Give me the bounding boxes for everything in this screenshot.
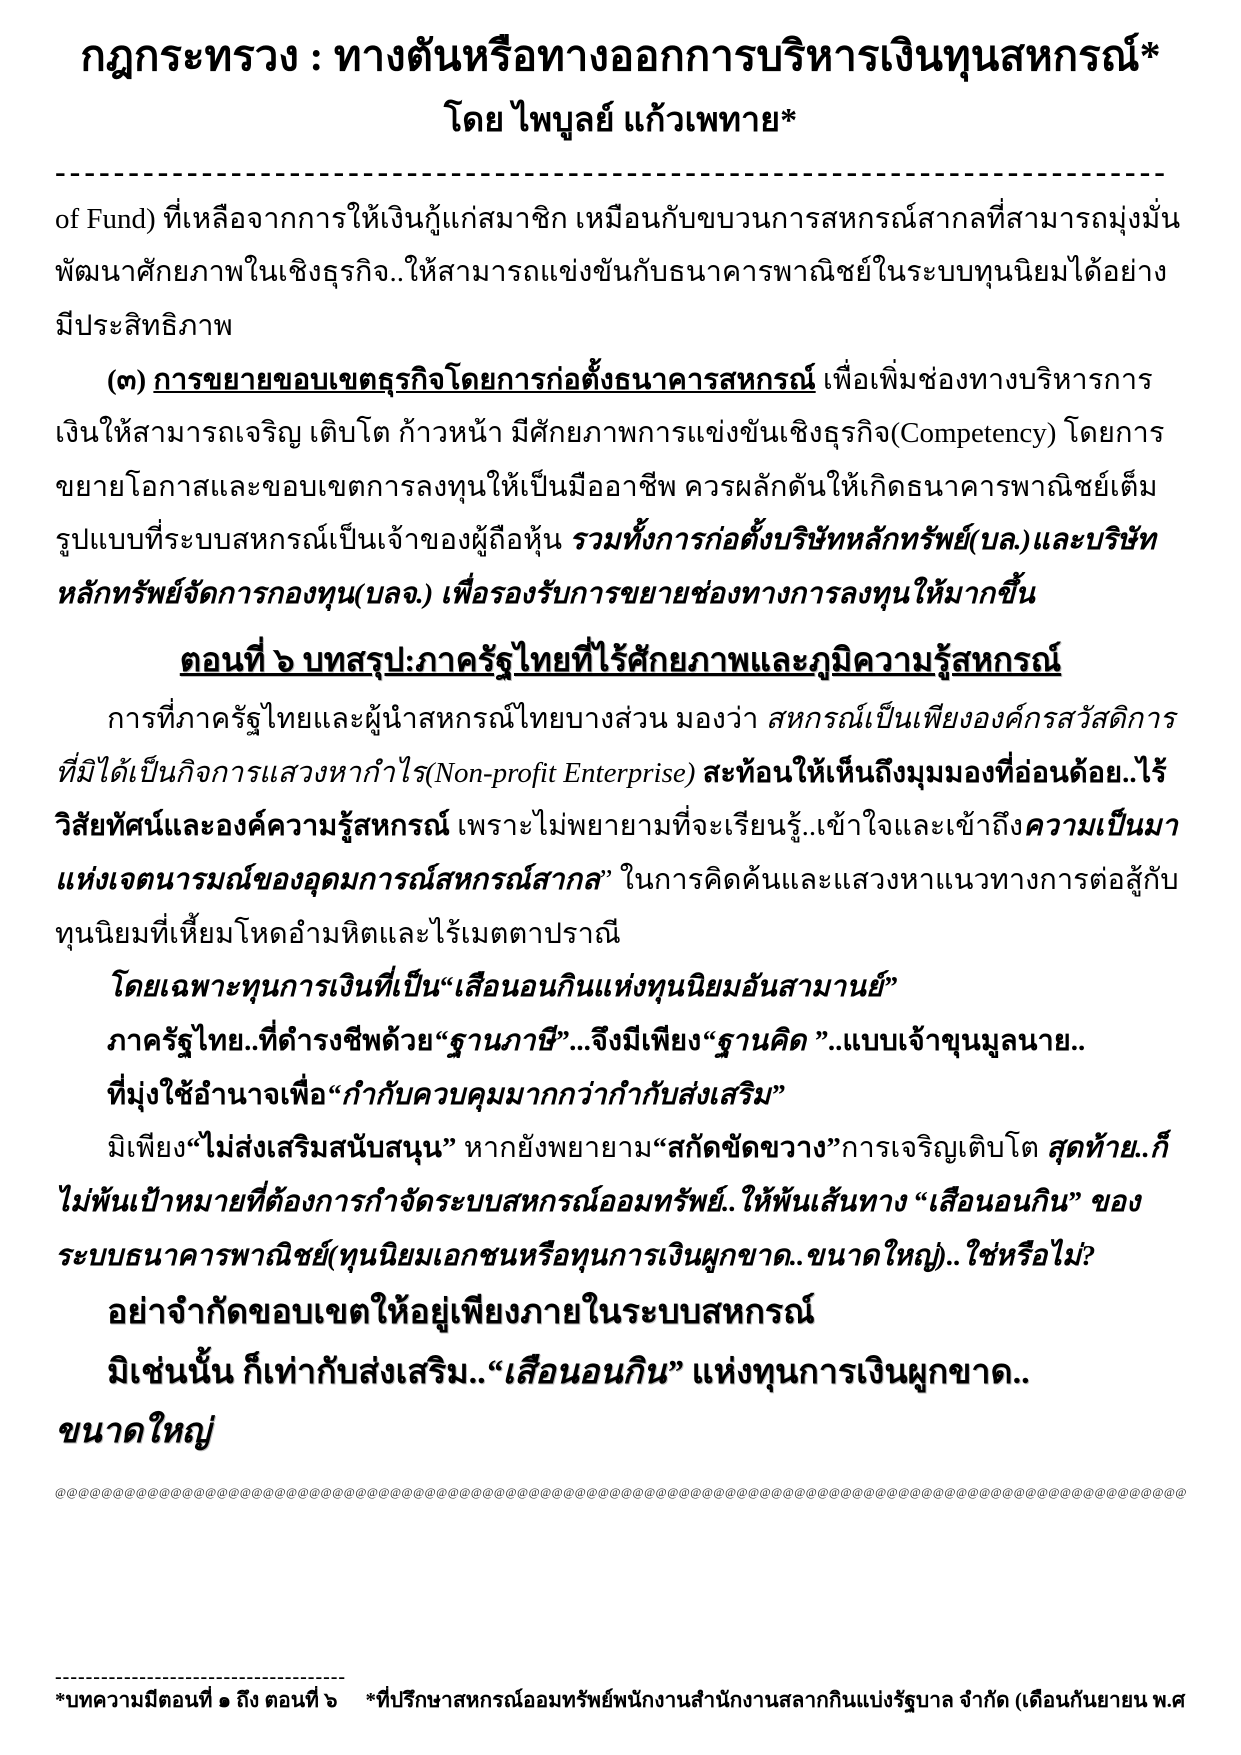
text-run: (๓) xyxy=(107,364,153,396)
text-run: อย่าจำกัดขอบเขตให้อยู่เพียงภายในระบบสหกร… xyxy=(107,1294,815,1331)
text-run: ...จึงมีเพียง xyxy=(569,1025,701,1057)
text-run: “เสือนอนกิน” xyxy=(486,1354,684,1391)
text-run: มิเช่นนั้น ก็เท่ากับส่งเสริม.. xyxy=(107,1354,486,1391)
document-title: กฎกระทรวง : ทางตันหรือทางออกการบริหารเงิ… xyxy=(55,26,1186,89)
whitespace xyxy=(55,1500,1186,1667)
footnote-rule: -------------------------------------- xyxy=(55,1668,1186,1686)
text-run: สุดท้าย.. xyxy=(1046,1132,1149,1164)
text-run: หากยังพยายาม xyxy=(456,1132,652,1164)
footnote-text: *บทความมีตอนที่ ๑ ถึง ตอนที่ ๖*ที่ปรึกษา… xyxy=(55,1686,1186,1715)
text-run: แห่งทุนการเงินผูกขาด.. xyxy=(683,1354,1029,1391)
text-run: “ฐานคิด ” xyxy=(701,1025,828,1057)
text-run: การขยายขอบเขตธุรกิจโดยการก่อตั้งธนาคารสห… xyxy=(153,364,815,396)
text-run: “ฐานภาษี” xyxy=(433,1025,569,1057)
paragraph-conclusion: การที่ภาครัฐไทยและผู้นำสหกรณ์ไทยบางส่วน … xyxy=(55,693,1186,961)
text-run: การเจริญเติบโต xyxy=(841,1132,1046,1164)
text-run: มิเพียง xyxy=(107,1132,186,1164)
text-run: เพราะไม่พยายามที่จะเรียนรู้..เข้าใจและเข… xyxy=(450,810,1023,842)
paragraph-continuation: of Fund) ที่เหลือจากการให้เงินกู้แก่สมาช… xyxy=(55,193,1186,354)
statement-line-2-continued: ขนาดใหญ่ xyxy=(55,1402,1186,1462)
statement-line-1: อย่าจำกัดขอบเขตให้อยู่เพียงภายในระบบสหกร… xyxy=(55,1283,1186,1343)
document-byline: โดย ไพบูลย์ แก้วเพทาย* xyxy=(55,97,1186,145)
footnote-author-note: *ที่ปรึกษาสหกรณ์ออมทรัพย์พนักงานสำนักงาน… xyxy=(366,1688,1186,1712)
statement-line-2: มิเช่นนั้น ก็เท่ากับส่งเสริม..“เสือนอนกิ… xyxy=(55,1343,1186,1403)
text-run: “สกัดขัดขวาง” xyxy=(653,1132,841,1164)
paragraph-emphasis-tiger: โดยเฉพาะทุนการเงินที่เป็น“เสือนอนกินแห่ง… xyxy=(55,961,1186,1015)
text-run: of Fund) ที่เหลือจากการให้เงินกู้แก่สมาช… xyxy=(55,203,1180,342)
footnote-area: -------------------------------------- *… xyxy=(55,1668,1186,1715)
text-run: ตอนที่ ๖ บทสรุป:ภาครัฐไทยที่ไร้ศักยภาพแล… xyxy=(180,643,1061,679)
footnote-series-note: *บทความมีตอนที่ ๑ ถึง ตอนที่ ๖ xyxy=(55,1688,338,1712)
document-body: of Fund) ที่เหลือจากการให้เงินกู้แก่สมาช… xyxy=(55,193,1186,1462)
text-run: ที่มุ่งใช้อำนาจเพื่อ xyxy=(107,1079,326,1111)
paragraph-emphasis-taxbase: ภาครัฐไทย..ที่ดำรงชีพด้วย“ฐานภาษี”...จึง… xyxy=(55,1015,1186,1069)
text-run: การที่ภาครัฐไทยและผู้นำสหกรณ์ไทยบางส่วน … xyxy=(107,703,766,735)
section-heading: ตอนที่ ๖ บทสรุป:ภาครัฐไทยที่ไร้ศักยภาพแล… xyxy=(55,632,1186,691)
text-run: โดยเฉพาะทุนการเงินที่เป็น“เสือนอนกินแห่ง… xyxy=(107,971,897,1003)
document-page: กฎกระทรวง : ทางตันหรือทางออกการบริหารเงิ… xyxy=(0,0,1241,1755)
dashed-separator: ----------------------------------------… xyxy=(55,155,1186,187)
paragraph-emphasis-control: ที่มุ่งใช้อำนาจเพื่อ“กำกับควบคุมมากกว่าก… xyxy=(55,1069,1186,1123)
paragraph-emphasis-obstruct: มิเพียง“ไม่ส่งเสริมสนับสนุน” หากยังพยายา… xyxy=(55,1122,1186,1283)
text-run: “ไม่ส่งเสริมสนับสนุน” xyxy=(186,1132,456,1164)
text-run: ขนาดใหญ่ xyxy=(55,1413,211,1450)
text-run xyxy=(695,757,702,789)
ornament-separator: @@@@@@@@@@@@@@@@@@@@@@@@@@@@@@@@@@@@@@@@… xyxy=(55,1484,1186,1501)
text-run: “กำกับควบคุมมากกว่ากำกับส่งเสริม” xyxy=(326,1079,784,1111)
paragraph-item-3: (๓) การขยายขอบเขตธุรกิจโดยการก่อตั้งธนาค… xyxy=(55,354,1186,622)
text-run: ภาครัฐไทย..ที่ดำรงชีพด้วย xyxy=(107,1025,433,1057)
text-run: ..แบบเจ้าขุนมูลนาย.. xyxy=(828,1025,1085,1057)
